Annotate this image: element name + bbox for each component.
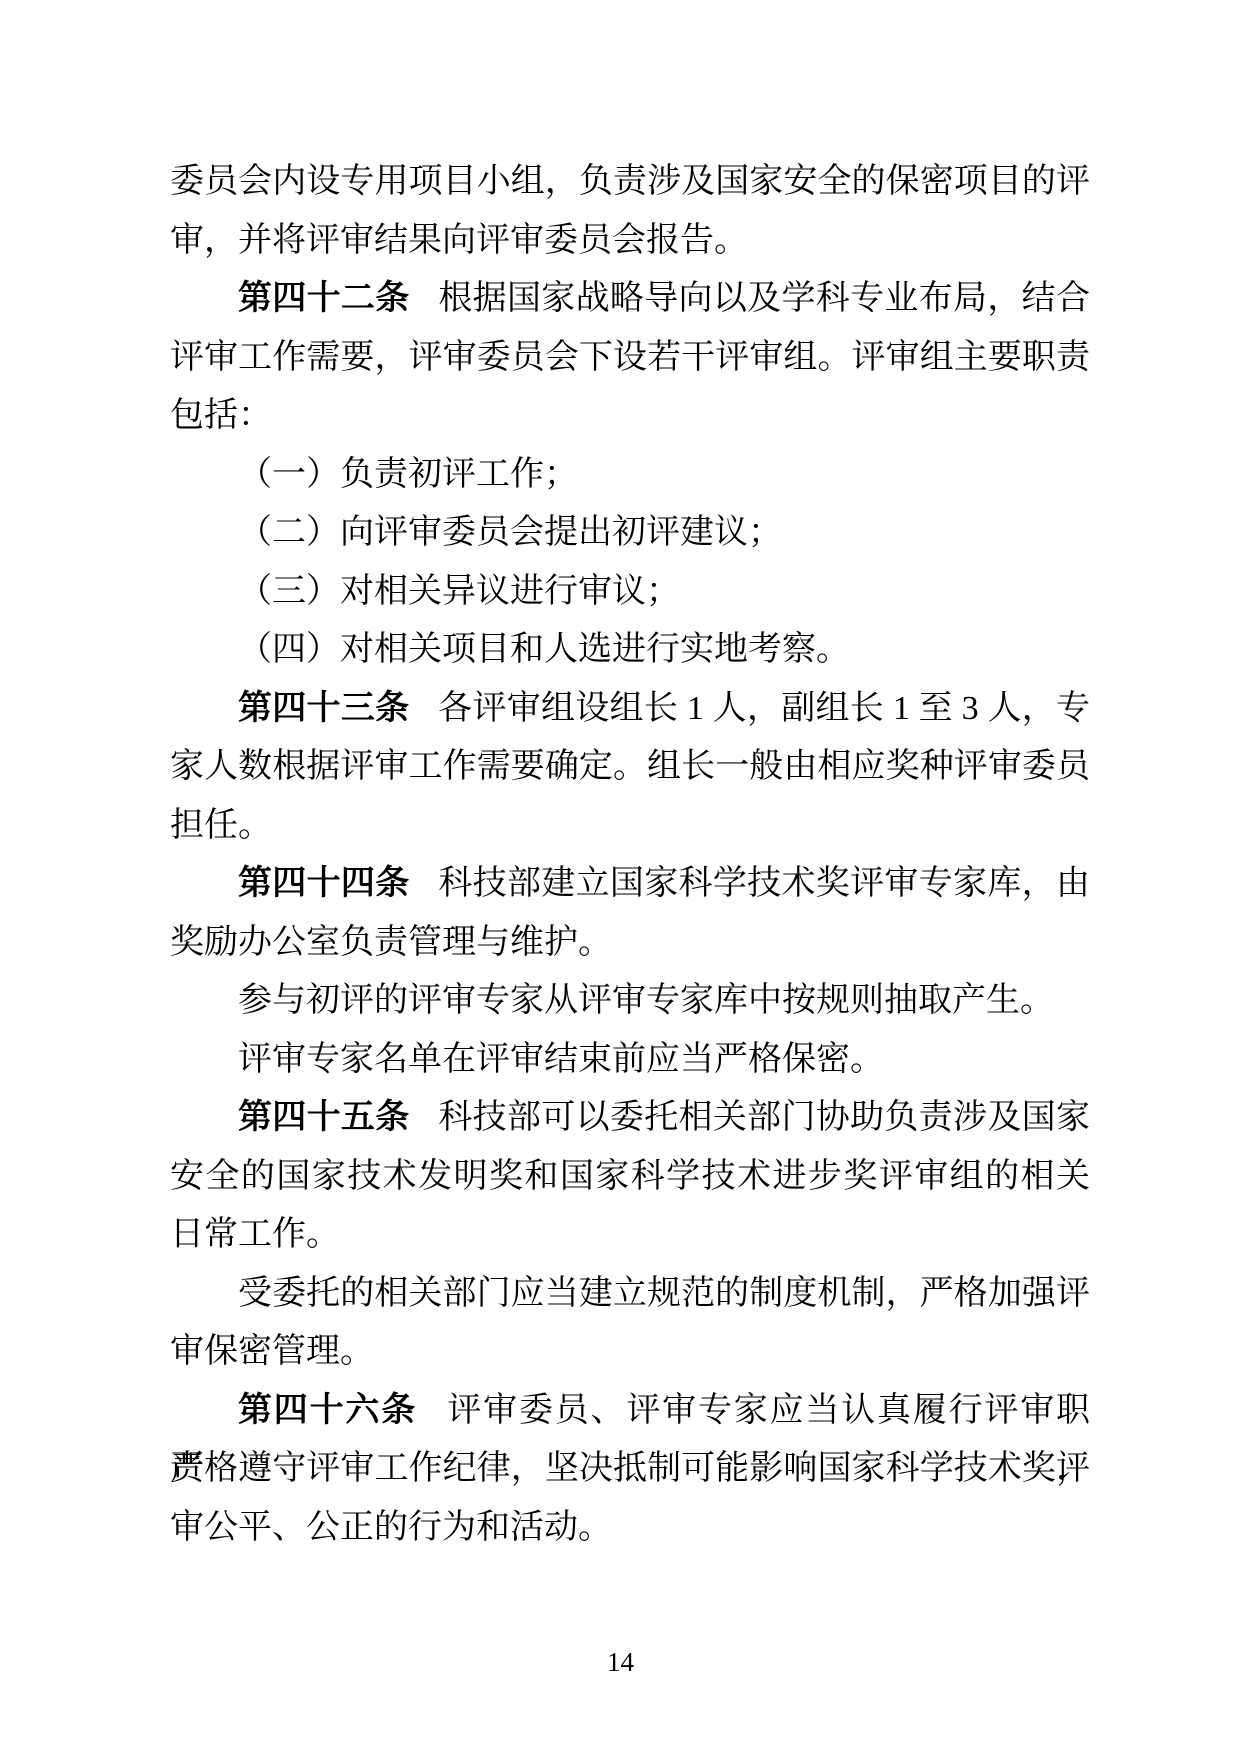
text-line: 第四十二条 根据国家战略导向以及学科专业布局，结合 <box>170 270 1090 329</box>
line-text: 安全的国家技术发明奖和国家科学技术进步奖评审组的相关 <box>170 1158 1090 1195</box>
line-text: 家人数根据评审工作需要确定。组长一般由相应奖种评审委员 <box>170 748 1090 785</box>
article-number-label: 第四十三条 <box>238 690 409 727</box>
article-number-label: 第四十二条 <box>238 280 410 317</box>
text-line: 受委托的相关部门应当建立规范的制度机制，严格加强评 <box>170 1265 1090 1324</box>
text-line: （一）负责初评工作； <box>170 446 1090 505</box>
text-line: 包括： <box>170 387 1090 446</box>
article-number-label: 第四十五条 <box>238 1099 410 1136</box>
article-number-label: 第四十四条 <box>238 865 410 902</box>
line-text: （四）对相关项目和人选进行实地考察。 <box>238 631 850 668</box>
line-text: 审保密管理。 <box>170 1333 374 1370</box>
text-line: （四）对相关项目和人选进行实地考察。 <box>170 621 1090 680</box>
text-line: 严格遵守评审工作纪律，坚决抵制可能影响国家科学技术奖评 <box>170 1440 1090 1499</box>
text-line: 第四十六条 评审委员、评审专家应当认真履行评审职责， <box>170 1382 1090 1441</box>
line-text: 审公平、公正的行为和活动。 <box>170 1509 612 1546</box>
text-line: （二）向评审委员会提出初评建议； <box>170 504 1090 563</box>
line-text: 奖励办公室负责管理与维护。 <box>170 924 612 961</box>
text-line: 担任。 <box>170 797 1090 856</box>
line-text: 评审工作需要，评审委员会下设若干评审组。评审组主要职责 <box>170 339 1090 376</box>
text-line: 委员会内设专用项目小组，负责涉及国家安全的保密项目的评 <box>170 153 1090 212</box>
article-number-label: 第四十六条 <box>238 1392 417 1429</box>
page-number: 14 <box>0 1645 1241 1679</box>
document-page: 委员会内设专用项目小组，负责涉及国家安全的保密项目的评 审，并将评审结果向评审委… <box>0 0 1241 1754</box>
line-text: 科技部可以委托相关部门协助负责涉及国家 <box>438 1099 1090 1136</box>
line-text: （三）对相关异议进行审议； <box>238 573 680 610</box>
line-text: 委员会内设专用项目小组，负责涉及国家安全的保密项目的评 <box>170 163 1090 200</box>
line-text: 担任。 <box>170 807 272 844</box>
text-line: 审，并将评审结果向评审委员会报告。 <box>170 212 1090 271</box>
text-line: 评审工作需要，评审委员会下设若干评审组。评审组主要职责 <box>170 329 1090 388</box>
text-line: 第四十五条 科技部可以委托相关部门协助负责涉及国家 <box>170 1089 1090 1148</box>
line-text: 审，并将评审结果向评审委员会报告。 <box>170 222 748 259</box>
text-line: 审保密管理。 <box>170 1323 1090 1382</box>
text-line: 审公平、公正的行为和活动。 <box>170 1499 1090 1558</box>
line-text: （二）向评审委员会提出初评建议； <box>238 514 782 551</box>
line-text: 严格遵守评审工作纪律，坚决抵制可能影响国家科学技术奖评 <box>170 1450 1090 1487</box>
line-text: 日常工作。 <box>170 1216 340 1253</box>
text-line: 奖励办公室负责管理与维护。 <box>170 914 1090 973</box>
line-text: 评审专家名单在评审结束前应当严格保密。 <box>238 1041 884 1078</box>
text-line: （三）对相关异议进行审议； <box>170 563 1090 622</box>
text-block: 委员会内设专用项目小组，负责涉及国家安全的保密项目的评 审，并将评审结果向评审委… <box>170 153 1090 1557</box>
text-line: 第四十三条 各评审组设组长 1 人，副组长 1 至 3 人，专 <box>170 680 1090 739</box>
line-text: 各评审组设组长 1 人，副组长 1 至 3 人，专 <box>438 690 1090 727</box>
text-line: 家人数根据评审工作需要确定。组长一般由相应奖种评审委员 <box>170 738 1090 797</box>
text-line: 日常工作。 <box>170 1206 1090 1265</box>
line-text: 包括： <box>170 397 272 434</box>
line-text: （一）负责初评工作； <box>238 456 578 493</box>
text-line: 评审专家名单在评审结束前应当严格保密。 <box>170 1031 1090 1090</box>
line-text: 根据国家战略导向以及学科专业布局，结合 <box>438 280 1090 317</box>
line-text: 参与初评的评审专家从评审专家库中按规则抽取产生。 <box>238 982 1054 1019</box>
line-text: 受委托的相关部门应当建立规范的制度机制，严格加强评 <box>238 1275 1090 1312</box>
line-text: 科技部建立国家科学技术奖评审专家库，由 <box>438 865 1090 902</box>
text-line: 参与初评的评审专家从评审专家库中按规则抽取产生。 <box>170 972 1090 1031</box>
text-line: 安全的国家技术发明奖和国家科学技术进步奖评审组的相关 <box>170 1148 1090 1207</box>
text-line: 第四十四条 科技部建立国家科学技术奖评审专家库，由 <box>170 855 1090 914</box>
